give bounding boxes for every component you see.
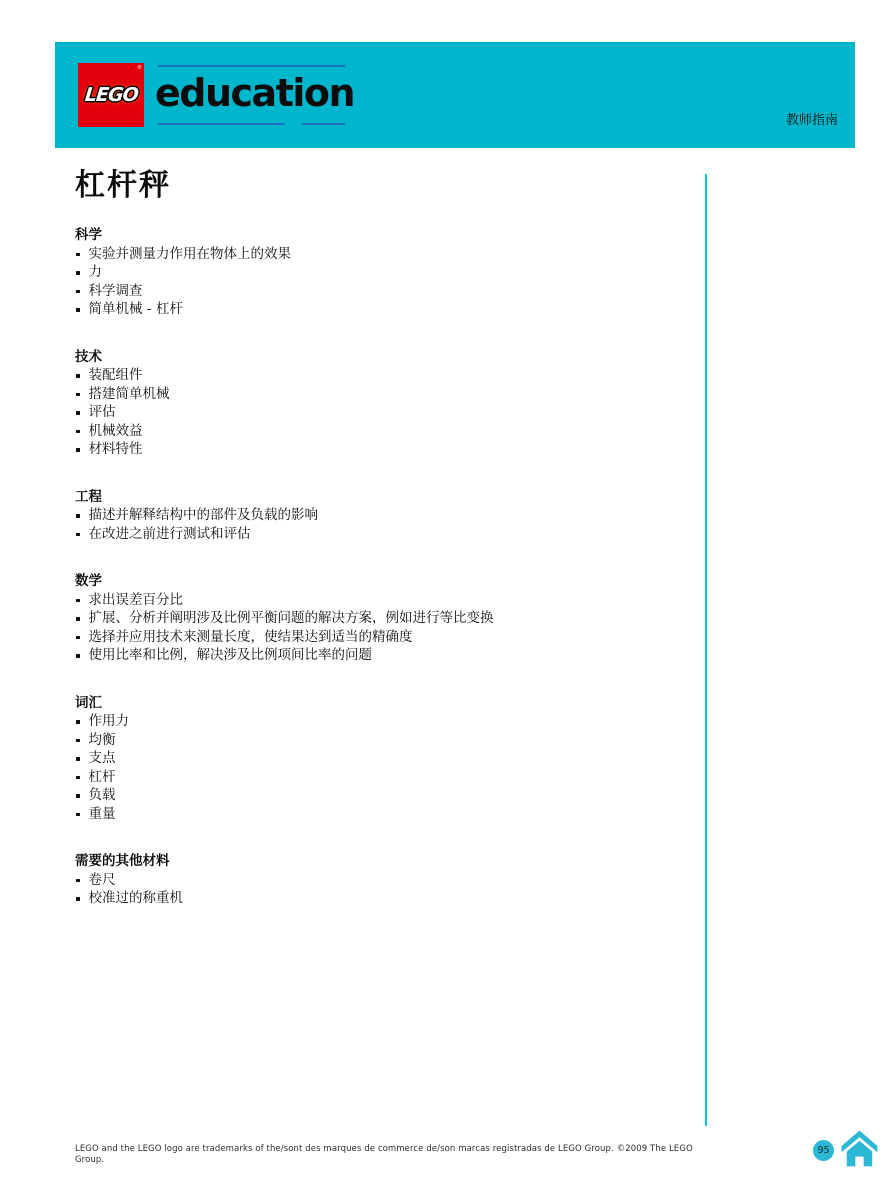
bullet-dot: [76, 794, 80, 798]
list-item: 装配组件: [75, 366, 675, 385]
list-item-text: 搭建简单机械: [89, 385, 170, 404]
list-item: 支点: [75, 749, 675, 768]
section: 技术 装配组件搭建简单机械评估机械效益材料特性: [75, 348, 675, 459]
teacher-guide-label: 教师指南: [786, 112, 838, 130]
divider-line-top: [158, 65, 345, 67]
list-item-text: 科学调查: [89, 282, 143, 301]
list-item-text: 机械效益: [89, 422, 143, 441]
section: 词汇 作用力均衡支点杠杆负载重量: [75, 694, 675, 824]
bullet-dot: [76, 897, 80, 901]
list-item: 评估: [75, 403, 675, 422]
section: 数学 求出误差百分比扩展、分析并阐明涉及比例平衡问题的解决方案，例如进行等比变换…: [75, 572, 675, 665]
lego-logo: LEGO ®: [78, 63, 144, 127]
list-item-text: 力: [89, 263, 103, 282]
list-item: 选择并应用技术来测量长度，使结果达到适当的精确度: [75, 628, 675, 647]
list-item-text: 均衡: [89, 731, 116, 750]
home-icon: [841, 1130, 878, 1167]
list-item: 求出误差百分比: [75, 591, 675, 610]
right-vertical-rule: [705, 174, 707, 1126]
list-item: 机械效益: [75, 422, 675, 441]
bullet-dot: [76, 411, 80, 415]
lego-logo-text: LEGO: [83, 84, 138, 106]
section-items: 实验并测量力作用在物体上的效果力科学调查简单机械 - 杠杆: [75, 245, 675, 319]
bullet-dot: [76, 757, 80, 761]
bullet-dot: [76, 636, 80, 640]
list-item: 科学调查: [75, 282, 675, 301]
section-list-container: 科学 实验并测量力作用在物体上的效果力科学调查简单机械 - 杠杆 技术 装配组件…: [75, 226, 675, 908]
bullet-dot: [76, 430, 80, 434]
bullet-dot: [76, 514, 80, 518]
page-title: 杠杆秤: [75, 167, 171, 205]
bullet-dot: [76, 393, 80, 397]
section-items: 描述并解释结构中的部件及负载的影响在改进之前进行测试和评估: [75, 506, 675, 543]
list-item-text: 负载: [89, 786, 116, 805]
list-item: 简单机械 - 杠杆: [75, 300, 675, 319]
bullet-dot: [76, 739, 80, 743]
section-heading: 需要的其他材料: [75, 852, 675, 871]
divider-line-bottom-long: [158, 123, 285, 125]
list-item-text: 简单机械 - 杠杆: [89, 300, 183, 319]
list-item-text: 校准过的称重机: [89, 889, 184, 908]
content-area: 科学 实验并测量力作用在物体上的效果力科学调查简单机械 - 杠杆 技术 装配组件…: [75, 226, 675, 937]
list-item-text: 求出误差百分比: [89, 591, 184, 610]
list-item-text: 作用力: [89, 712, 130, 731]
bullet-dot: [76, 290, 80, 294]
section-heading: 技术: [75, 348, 675, 367]
list-item-text: 使用比率和比例，解决涉及比例项间比率的问题: [89, 646, 373, 665]
list-item: 杠杆: [75, 768, 675, 787]
list-item-text: 评估: [89, 403, 116, 422]
list-item: 校准过的称重机: [75, 889, 675, 908]
section-heading: 数学: [75, 572, 675, 591]
education-wordmark: education: [155, 73, 354, 113]
list-item-text: 杠杆: [89, 768, 116, 787]
bullet-dot: [76, 253, 80, 257]
divider-line-bottom-short: [302, 123, 345, 125]
header-band: LEGO ® education 教师指南: [55, 42, 855, 148]
home-button[interactable]: [841, 1130, 878, 1167]
list-item: 使用比率和比例，解决涉及比例项间比率的问题: [75, 646, 675, 665]
section-items: 求出误差百分比扩展、分析并阐明涉及比例平衡问题的解决方案，例如进行等比变换选择并…: [75, 591, 675, 665]
section: 科学 实验并测量力作用在物体上的效果力科学调查简单机械 - 杠杆: [75, 226, 675, 319]
section-heading: 科学: [75, 226, 675, 245]
section-heading: 词汇: [75, 694, 675, 713]
bullet-dot: [76, 617, 80, 621]
section: 工程 描述并解释结构中的部件及负载的影响在改进之前进行测试和评估: [75, 488, 675, 544]
list-item: 卷尺: [75, 871, 675, 890]
bullet-dot: [76, 599, 80, 603]
bullet-dot: [76, 374, 80, 378]
list-item: 均衡: [75, 731, 675, 750]
list-item: 重量: [75, 805, 675, 824]
document-page: LEGO ® education 教师指南 杠杆秤 科学 实验并测量力作用在物体…: [0, 0, 892, 1190]
list-item: 材料特性: [75, 440, 675, 459]
list-item: 扩展、分析并阐明涉及比例平衡问题的解决方案，例如进行等比变换: [75, 609, 675, 628]
section-items: 装配组件搭建简单机械评估机械效益材料特性: [75, 366, 675, 459]
list-item-text: 卷尺: [89, 871, 116, 890]
bullet-dot: [76, 533, 80, 537]
list-item-text: 重量: [89, 805, 116, 824]
bullet-dot: [76, 813, 80, 817]
list-item: 力: [75, 263, 675, 282]
bullet-dot: [76, 720, 80, 724]
section-items: 作用力均衡支点杠杆负载重量: [75, 712, 675, 823]
bullet-dot: [76, 448, 80, 452]
list-item: 在改进之前进行测试和评估: [75, 525, 675, 544]
list-item-text: 实验并测量力作用在物体上的效果: [89, 245, 292, 264]
list-item-text: 支点: [89, 749, 116, 768]
list-item-text: 装配组件: [89, 366, 143, 385]
footer-legal-text: LEGO and the LEGO logo are trademarks of…: [75, 1144, 695, 1166]
page-number: 95: [817, 1145, 829, 1156]
registered-mark: ®: [137, 65, 142, 71]
section-heading: 工程: [75, 488, 675, 507]
bullet-dot: [76, 654, 80, 658]
bullet-dot: [76, 308, 80, 312]
list-item: 负载: [75, 786, 675, 805]
bullet-dot: [76, 879, 80, 883]
list-item-text: 在改进之前进行测试和评估: [89, 525, 251, 544]
list-item: 描述并解释结构中的部件及负载的影响: [75, 506, 675, 525]
list-item-text: 描述并解释结构中的部件及负载的影响: [89, 506, 319, 525]
list-item: 实验并测量力作用在物体上的效果: [75, 245, 675, 264]
list-item-text: 材料特性: [89, 440, 143, 459]
section: 需要的其他材料 卷尺校准过的称重机: [75, 852, 675, 908]
list-item-text: 扩展、分析并阐明涉及比例平衡问题的解决方案，例如进行等比变换: [89, 609, 494, 628]
list-item: 作用力: [75, 712, 675, 731]
list-item: 搭建简单机械: [75, 385, 675, 404]
bullet-dot: [76, 271, 80, 275]
section-items: 卷尺校准过的称重机: [75, 871, 675, 908]
page-number-badge: 95: [813, 1140, 834, 1161]
list-item-text: 选择并应用技术来测量长度，使结果达到适当的精确度: [89, 628, 413, 647]
bullet-dot: [76, 776, 80, 780]
